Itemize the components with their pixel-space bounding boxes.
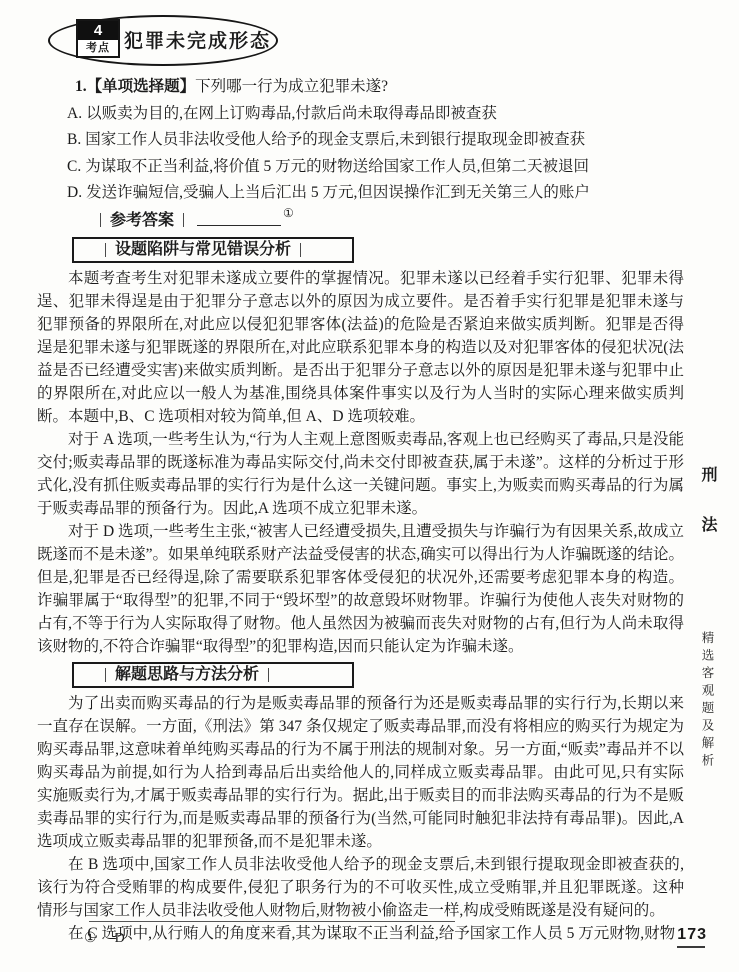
option-a-text: 以贩卖为目的,在网上订购毒品,付款后尚未取得毒品即被查获: [86, 105, 497, 122]
topic-badge: 4 考点: [76, 19, 120, 58]
option-b-text: 国家工作人员非法收受他人给予的现金支票后,未到银行提取现金即被查获: [85, 131, 585, 148]
footnote-text: D: [115, 931, 125, 946]
option-c-key: C.: [67, 158, 81, 175]
textbook-page: 4 考点 犯罪未完成形态 1.【单项选择题】下列哪一行为成立犯罪未遂? A.以贩…: [0, 0, 739, 972]
reference-answer-label: 参考答案: [110, 209, 174, 232]
question-type-label: 1.【单项选择题】: [75, 78, 195, 95]
question-stem: 1.【单项选择题】下列哪一行为成立犯罪未遂?: [75, 74, 684, 101]
section-title: 解题思路与方法分析: [115, 663, 259, 686]
reference-answer-row: 参考答案 ①: [91, 208, 684, 233]
section-title: 设题陷阱与常见错误分析: [115, 238, 291, 261]
margin-tab: 刑法 精选客观题及解析: [696, 466, 719, 771]
analysis-paragraph: 对于 A 选项,一些考生认为,“行为人主观上意图贩卖毒品,客观上也已经购买了毒品…: [37, 428, 684, 520]
option-a: A.以贩卖为目的,在网上订购毒品,付款后尚未取得毒品即被查获: [67, 101, 684, 128]
option-a-key: A.: [67, 105, 82, 122]
option-b-key: B.: [67, 131, 81, 148]
section-header-traps: 设题陷阱与常见错误分析: [72, 237, 354, 263]
option-d-key: D.: [67, 184, 82, 201]
page-content: 1.【单项选择题】下列哪一行为成立犯罪未遂? A.以贩卖为目的,在网上订购毒品,…: [37, 74, 684, 945]
option-b: B.国家工作人员非法收受他人给予的现金支票后,未到银行提取现金即被查获: [67, 127, 684, 154]
margin-series-label: 精选客观题及解析: [700, 631, 714, 771]
option-d-text: 发送诈骗短信,受骗人上当后汇出 5 万元,但因误操作汇到无关第三人的账户: [86, 184, 590, 201]
divider-bar: [300, 243, 301, 257]
answer-footnote-ref: ①: [283, 202, 294, 225]
section-header-method: 解题思路与方法分析: [72, 662, 354, 688]
option-c-text: 为谋取不正当利益,将价值 5 万元的财物送给国家工作人员,但第二天被退回: [85, 158, 589, 175]
question-text: 下列哪一行为成立犯罪未遂?: [195, 78, 388, 95]
divider-bar: [105, 668, 106, 682]
divider-bar: [100, 213, 101, 227]
answer-blank-line: [197, 214, 281, 226]
divider-bar: [105, 243, 106, 257]
divider-bar: [268, 668, 269, 682]
analysis-paragraph: 在 B 选项中,国家工作人员非法收受他人给予的现金支票后,未到银行提取现金即被查…: [37, 853, 684, 922]
option-d: D.发送诈骗短信,受骗人上当后汇出 5 万元,但因误操作汇到无关第三人的账户: [67, 180, 684, 207]
question-block: 1.【单项选择题】下列哪一行为成立犯罪未遂? A.以贩卖为目的,在网上订购毒品,…: [67, 74, 684, 207]
page-number: 173: [677, 926, 707, 948]
analysis-paragraph: 本题考查考生对犯罪未遂成立要件的掌握情况。犯罪未遂以已经着手实行犯罪、犯罪未得逞…: [37, 267, 684, 428]
footnote-marker: ①: [84, 931, 97, 946]
margin-subject-label: 刑法: [699, 466, 716, 566]
analysis-paragraph: 在 C 选项中,从行贿人的角度来看,其为谋取不正当利益,给予国家工作人员 5 万…: [37, 922, 684, 945]
topic-header-ellipse: 4 考点 犯罪未完成形态: [48, 15, 278, 66]
badge-label: 考点: [78, 40, 118, 56]
analysis-paragraph: 为了出卖而购买毒品的行为是贩卖毒品罪的预备行为还是贩卖毒品罪的实行行为,长期以来…: [37, 692, 684, 853]
analysis-paragraph: 对于 D 选项,一些考生主张,“被害人已经遭受损失,且遭受损失与诈骗行为有因果关…: [37, 520, 684, 658]
footnote-separator: [89, 921, 455, 922]
badge-number: 4: [78, 21, 118, 40]
divider-bar: [183, 213, 184, 227]
footnote: ①D: [84, 930, 125, 947]
topic-title: 犯罪未完成形态: [124, 26, 271, 53]
option-c: C.为谋取不正当利益,将价值 5 万元的财物送给国家工作人员,但第二天被退回: [67, 154, 684, 181]
